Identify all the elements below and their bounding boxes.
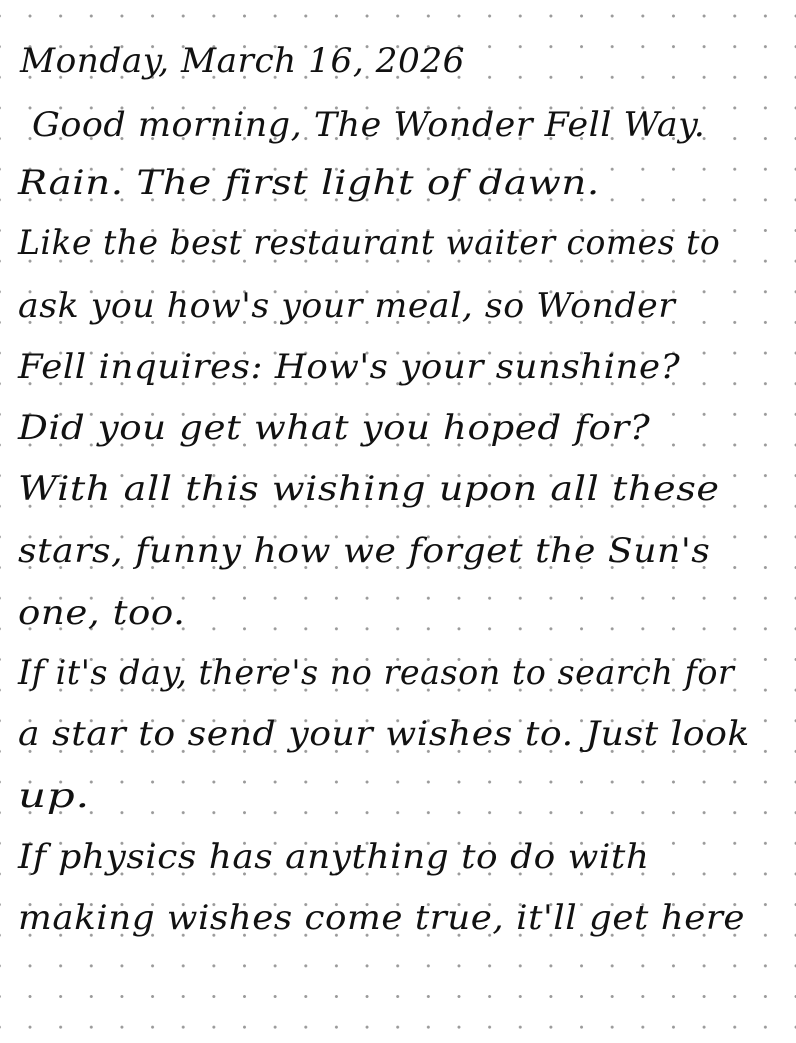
entry-line: up. [18,779,90,813]
entry-line: Did you get what you hoped for? [18,411,650,445]
journal-page: Monday, March 16, 2026 Good morning, The… [0,0,796,1043]
entry-line: Good morning, The Wonder Fell Way. [32,108,705,142]
entry-line: Fell inquires: How's your sunshine? [18,350,680,384]
entry-line: Rain. The first light of dawn. [18,166,600,200]
entry-line: ask you how's your meal, so Wonder [18,289,675,323]
entry-line: one, too. [18,596,186,630]
entry-line: making wishes come true, it'll get here [18,901,745,935]
entry-line: With all this wishing upon all these [18,472,720,506]
entry-line: If physics has anything to do with [18,840,649,874]
entry-line: If it's day, there's no reason to search… [18,656,734,690]
entry-line: stars, funny how we forget the Sun's [18,534,710,568]
entry-line: Like the best restaurant waiter comes to [18,226,720,260]
entry-date: Monday, March 16, 2026 [20,44,465,78]
entry-line: a star to send your wishes to. Just look [18,717,750,751]
